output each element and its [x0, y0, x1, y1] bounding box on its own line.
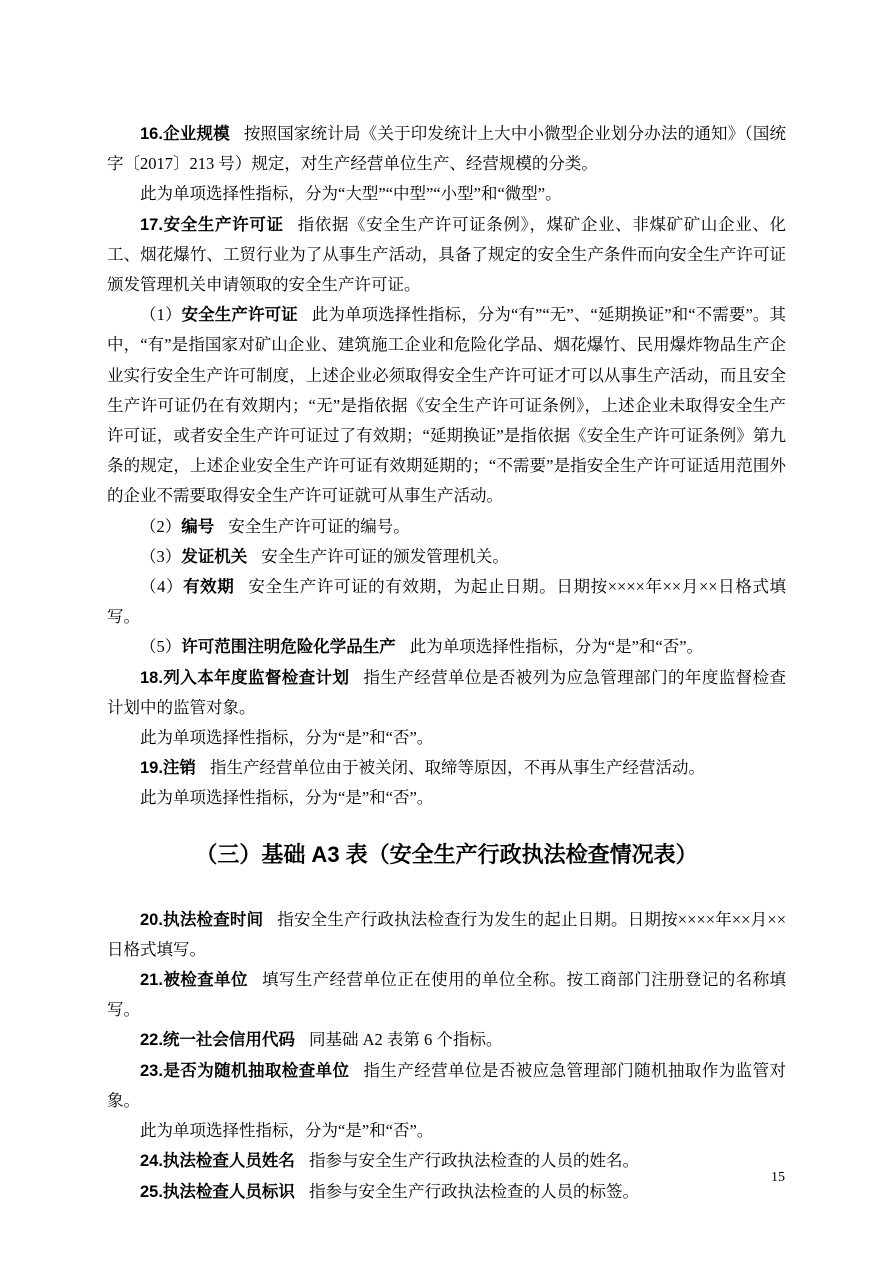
paragraph-17-item2: （2）编号安全生产许可证的编号。 — [107, 512, 786, 542]
item-number: （2） — [140, 517, 181, 536]
paragraph-21: 21.被检查单位填写生产经营单位正在使用的单位全称。按工商部门注册登记的名称填写… — [107, 965, 786, 1025]
indicator-label: 21.被检查单位 — [140, 971, 248, 989]
paragraph-19: 19.注销指生产经营单位由于被关闭、取缔等原因，不再从事生产经营活动。 — [107, 753, 786, 783]
paragraph-text: 指参与安全生产行政执法检查的人员的标签。 — [309, 1182, 639, 1201]
paragraph-18: 18.列入本年度监督检查计划指生产经营单位是否被列为应急管理部门的年度监督检查计… — [107, 663, 786, 723]
document-page: 16.企业规模按照国家统计局《关于印发统计上大中小微型企业划分办法的通知》（国统… — [0, 0, 893, 1263]
indicator-label: 有效期 — [183, 578, 234, 596]
item-number: （4） — [140, 577, 183, 596]
paragraph-16: 16.企业规模按照国家统计局《关于印发统计上大中小微型企业划分办法的通知》（国统… — [107, 119, 786, 179]
paragraph-17-item1: （1）安全生产许可证此为单项选择性指标，分为“有”“无”、“延期换证”和“不需要… — [107, 300, 786, 511]
paragraph-text: 同基础 A2 表第 6 个指标。 — [309, 1030, 502, 1049]
indicator-label: 16.企业规模 — [140, 125, 230, 143]
paragraph-19-note: 此为单项选择性指标，分为“是”和“否”。 — [107, 783, 786, 813]
paragraph-text: 安全生产许可证的编号。 — [228, 517, 410, 536]
paragraph-18-note: 此为单项选择性指标，分为“是”和“否”。 — [107, 723, 786, 753]
indicator-label: 19.注销 — [140, 759, 196, 777]
indicator-label: 25.执法检查人员标识 — [140, 1183, 295, 1201]
indicator-label: 20.执法检查时间 — [140, 911, 263, 929]
indicator-label: 许可范围注明危险化学品生产 — [181, 638, 396, 656]
indicator-label: 18.列入本年度监督检查计划 — [140, 669, 349, 687]
paragraph-17-item5: （5）许可范围注明危险化学品生产此为单项选择性指标，分为“是”和“否”。 — [107, 632, 786, 662]
indicator-label: 23.是否为随机抽取检查单位 — [140, 1062, 349, 1080]
item-number: （3） — [140, 547, 181, 566]
paragraph-text: 此为单项选择性指标，分为“是”和“否”。 — [140, 1121, 433, 1140]
paragraph-text: 指参与安全生产行政执法检查的人员的姓名。 — [309, 1151, 639, 1170]
document-body: 16.企业规模按照国家统计局《关于印发统计上大中小微型企业划分办法的通知》（国统… — [107, 119, 786, 1207]
paragraph-23: 23.是否为随机抽取检查单位指生产经营单位是否被应急管理部门随机抽取作为监管对象… — [107, 1056, 786, 1116]
indicator-label: 发证机关 — [181, 548, 247, 566]
indicator-label: 22.统一社会信用代码 — [140, 1031, 295, 1049]
section-heading: （三）基础 A3 表（安全生产行政执法检查情况表） — [107, 840, 786, 870]
paragraph-17: 17.安全生产许可证指依据《安全生产许可证条例》，煤矿企业、非煤矿矿山企业、化工… — [107, 210, 786, 301]
paragraph-25: 25.执法检查人员标识指参与安全生产行政执法检查的人员的标签。 — [107, 1177, 786, 1207]
paragraph-text: 指生产经营单位由于被关闭、取缔等原因，不再从事生产经营活动。 — [210, 758, 705, 777]
paragraph-text: 此为单项选择性指标，分为“大型”“中型”“小型”和“微型”。 — [140, 184, 562, 203]
page-number: 15 — [771, 1170, 785, 1186]
paragraph-text: 安全生产许可证的颁发管理机关。 — [261, 547, 509, 566]
item-number: （5） — [140, 637, 181, 656]
paragraph-text: 此为单项选择性指标，分为“有”“无”、“延期换证”和“不需要”。其中，“有”是指… — [107, 305, 786, 505]
paragraph-22: 22.统一社会信用代码同基础 A2 表第 6 个指标。 — [107, 1025, 786, 1055]
item-number: （1） — [140, 305, 182, 324]
paragraph-text: 此为单项选择性指标，分为“是”和“否”。 — [140, 788, 433, 807]
paragraph-16-note: 此为单项选择性指标，分为“大型”“中型”“小型”和“微型”。 — [107, 179, 786, 209]
paragraph-17-item3: （3）发证机关安全生产许可证的颁发管理机关。 — [107, 542, 786, 572]
paragraph-text: 此为单项选择性指标，分为“是”和“否”。 — [410, 637, 703, 656]
paragraph-text: 此为单项选择性指标，分为“是”和“否”。 — [140, 728, 433, 747]
indicator-label: 编号 — [181, 518, 214, 536]
indicator-label: 安全生产许可证 — [182, 306, 298, 324]
paragraph-17-item4: （4）有效期安全生产许可证的有效期，为起止日期。日期按××××年××月××日格式… — [107, 572, 786, 632]
paragraph-23-note: 此为单项选择性指标，分为“是”和“否”。 — [107, 1116, 786, 1146]
indicator-label: 24.执法检查人员姓名 — [140, 1152, 295, 1170]
paragraph-24: 24.执法检查人员姓名指参与安全生产行政执法检查的人员的姓名。 — [107, 1146, 786, 1176]
indicator-label: 17.安全生产许可证 — [140, 216, 284, 234]
paragraph-20: 20.执法检查时间指安全生产行政执法检查行为发生的起止日期。日期按××××年××… — [107, 905, 786, 965]
